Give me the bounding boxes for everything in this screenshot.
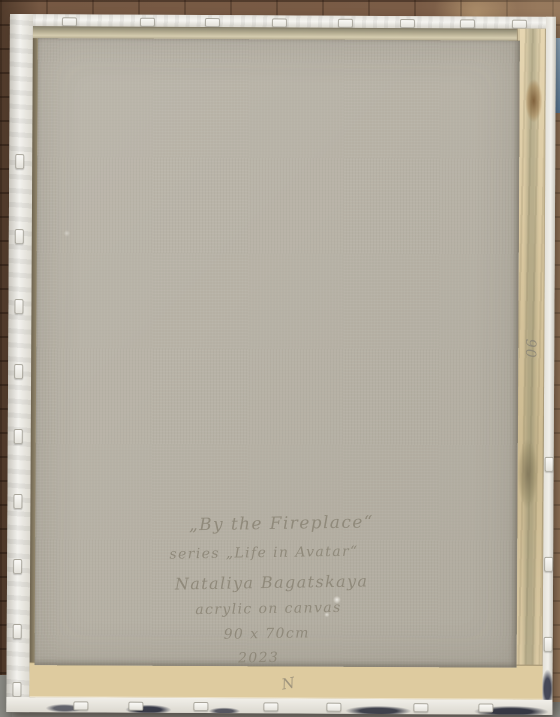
- staple: [128, 702, 143, 711]
- staple: [12, 682, 21, 697]
- staple: [478, 703, 493, 712]
- staple: [544, 637, 553, 652]
- stretcher-size-marking: 90: [522, 339, 538, 359]
- inscription-year: 2023: [238, 647, 436, 667]
- canvas-back: 90 N „By the Fireplace“ series „Life in …: [6, 14, 556, 715]
- staple: [14, 429, 23, 444]
- inscription-series: series „Life in Avatar“: [169, 543, 434, 564]
- staple: [205, 18, 220, 27]
- staple: [13, 624, 22, 639]
- staple: [272, 18, 287, 27]
- canvas-fabric: „By the Fireplace“ series „Life in Avata…: [35, 38, 520, 668]
- photo-canvas-back: 90 N „By the Fireplace“ series „Life in …: [0, 0, 560, 717]
- inscription-medium: acrylic on canvas: [195, 599, 435, 620]
- staple: [140, 18, 155, 27]
- stretcher-bar-bottom: N: [29, 662, 542, 700]
- staple: [15, 154, 24, 169]
- canvas-wrap-bottom: [6, 697, 552, 715]
- staple: [14, 299, 23, 314]
- staple: [544, 557, 553, 572]
- staple: [326, 703, 341, 712]
- staple: [73, 701, 88, 710]
- staple: [14, 364, 23, 379]
- staple: [15, 229, 24, 244]
- pencil-scribble: N: [280, 673, 298, 693]
- inscription-dimensions: 90 x 70cm: [224, 624, 436, 644]
- staple: [13, 494, 22, 509]
- staple: [413, 703, 428, 712]
- staple: [512, 20, 527, 29]
- staple: [13, 559, 22, 574]
- inscription-title: „By the Fireplace“: [189, 511, 434, 535]
- staple: [338, 19, 353, 28]
- staple: [545, 457, 554, 472]
- staple: [400, 19, 415, 28]
- staple: [263, 702, 278, 711]
- staple: [62, 17, 77, 26]
- staple: [460, 19, 475, 28]
- inscription: „By the Fireplace“ series „Life in Avata…: [164, 511, 436, 668]
- staple: [193, 702, 208, 711]
- inscription-artist: Nataliya Bagatskaya: [175, 571, 435, 594]
